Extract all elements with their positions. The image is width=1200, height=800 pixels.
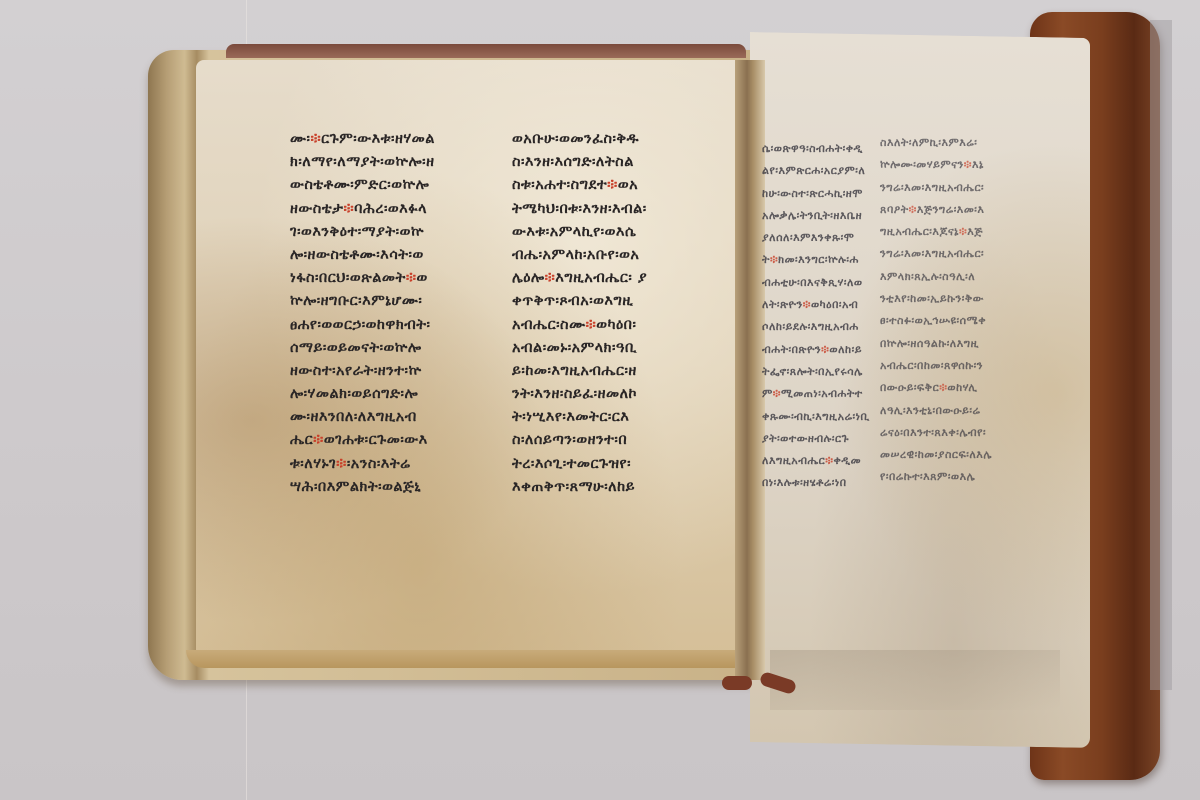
page-fold-shadow	[770, 650, 1060, 710]
text-line: ክ፡ለማየ፡ለማያት፡ወኵሎ፡ዘ	[290, 151, 435, 174]
text-line: ለት፡ጽዮን፨ወካዕበ፡አብ	[762, 294, 870, 316]
rubric-mark: ፨	[821, 343, 829, 356]
left-page	[196, 60, 756, 660]
left-page-bottom-edge	[186, 650, 746, 668]
text-line: ም፨ሚመጠነ፡አብሐትተ	[762, 383, 870, 405]
rubric-mark: ፨	[343, 201, 354, 217]
text-line: ንቲእየ፡ከመ፡ኢይኩን፡ቅው	[880, 288, 992, 310]
text-line: ያት፡ወተውዘብሉ፡ርጉ	[762, 428, 870, 450]
text-line: የ፡በሬኩተ፡እጸም፡ወእሌ	[880, 466, 992, 488]
text-line: ስእለት፡ለምኪ፡እምእሬ፡	[880, 132, 992, 154]
rubric-mark: ፨	[770, 253, 778, 266]
text-line: ዘውስተ፡አየራት፡ዘንተ፡ኵ	[290, 360, 435, 383]
left-page-column-1: ሙ፡፨ርጉም፡ውእቱ፡ዘሃመል ክ፡ለማየ፡ለማያት፡ወኵሎ፡ዘ ውስቴቶሙ፡ም…	[290, 128, 435, 499]
text-line: ሌዕሎ፨እግዚአብሔር፡ ያ	[512, 267, 647, 290]
display-mount	[1150, 20, 1172, 690]
text-line: ፀሐየ፡ወወርኃ፡ወከዋክብት፡	[290, 314, 435, 337]
text-line: ሴ፡ወጽዋዓ፡ስብሐት፡ቀዲ	[762, 138, 870, 160]
text-line: ቀጹሙ፡ብኪ፡እግዚአሬ፡ነቢ	[762, 406, 870, 428]
book-gutter	[735, 60, 765, 680]
text-line: ሶለከ፡ይደሉ፡እግዚአብሐ	[762, 316, 870, 338]
text-line: እቀጠቅጥ፡ጸማሁ፡ለከይ	[512, 476, 647, 499]
rubric-mark: ፨	[336, 456, 347, 472]
right-page-column-2: ስእለት፡ለምኪ፡እምእሬ፡ ኵሎሙ፡መሃይምናን፨እኔ ንግሬ፡እመ፡እግዚአ…	[880, 132, 992, 489]
rubric-mark: ፨	[959, 225, 967, 238]
text-line: ለእግዚአብሔር፨ቀዲመ	[762, 450, 870, 472]
text-line: ስቱ፡አሐተ፡ስግደተ፨ወአ	[512, 174, 647, 197]
text-line: ቱ፡ለሃኑገ፨፡አንስ፡እትሬ	[290, 453, 435, 476]
text-line: ያለሰለ፡እምእንቀጹ፡ሞ	[762, 227, 870, 249]
rubric-mark: ፨	[803, 298, 811, 311]
text-line: ብሔ፡አምላከ፡አቡየ፡ወአ	[512, 244, 647, 267]
text-line: ሙ፡ዘእንበለ፡ለእግዚአብ	[290, 406, 435, 429]
text-line: ንት፡እንዘ፡ስይፈ፡ዘመለኮ	[512, 383, 647, 406]
rubric-mark: ፨	[909, 203, 917, 216]
text-line: ት፨ክመ፡እንግር፡ኵሉ፡ሐ	[762, 249, 870, 271]
text-line: ሣሕ፡በእምልክት፡ወልጅኒ	[290, 476, 435, 499]
text-line: ኵሎሙ፡መሃይምናን፨እኔ	[880, 154, 992, 176]
text-line: አብል፡መኑ፡አምላክ፡ዓቢ	[512, 337, 647, 360]
rubric-mark: ፨	[964, 158, 972, 171]
text-line: ገ፡ወእንቅዕተ፡ማያት፡ወኵ	[290, 221, 435, 244]
text-line: ትሜካህ፡በቱ፡እንዘ፡እብል፡	[512, 198, 647, 221]
text-line: ነፋስ፡በርህ፡ወጽልመት፨ወ	[290, 267, 435, 290]
text-line: አሎቃሌ፡ትንቢት፡ዘእቤዘ	[762, 205, 870, 227]
rubric-mark: ፨	[939, 381, 947, 394]
text-line: ጸባዖት፨እጅንግሬ፡እመ፡እ	[880, 199, 992, 221]
text-line: ሰማይ፡ወይመናት፡ወኵሎ	[290, 337, 435, 360]
text-line: ንግሬ፡እመ፡እግዚአብሔር፡	[880, 243, 992, 265]
text-line: ሔር፨ወገሐቱ፡ርጉመ፡ውእ	[290, 429, 435, 452]
text-line: ኵሎ፡ዘግቡር፡እምኔሆሙ፡	[290, 290, 435, 313]
text-line: በኵሎ፡ዘሰዓልኩ፡ለእግዚ	[880, 333, 992, 355]
text-line: ከሁ፡ውስተ፡ጽርሓኪ፡ዘሞ	[762, 183, 870, 205]
text-line: ስ፡ለሰይጣን፡ወዘንተ፡በ	[512, 429, 647, 452]
text-line: ለዓሊ፡እንቲኒ፡በውዑይ፡ሬ	[880, 400, 992, 422]
text-line: ሎ፡ዘውስቴቶሙ፡እሳት፡ወ	[290, 244, 435, 267]
text-line: ትፌኖ፡ጸሎት፡በኢየሩሳሌ	[762, 361, 870, 383]
text-line: ግዚአብሔር፡እጆናኔ፨እጅ	[880, 221, 992, 243]
text-line: ሎ፡ሃመልክ፡ወይሰግድ፡ሎ	[290, 383, 435, 406]
text-line: እምላክ፡ጸኢሉ፡ስዓሊ፡ለ	[880, 266, 992, 288]
binding-tie	[722, 676, 752, 690]
text-line: አብሔር፡በከመ፡ጸዋሰኩ፡ን	[880, 355, 992, 377]
text-line: ዘውስቴታ፨ባሕረ፡ወእፉላ	[290, 198, 435, 221]
rubric-mark: ፨	[313, 432, 324, 448]
left-page-column-2: ወአቡሁ፡ወመንፈስ፡ቅዱ ስ፡እንዘ፡እሰግድ፡ለትስል ስቱ፡አሐተ፡ስግደ…	[512, 128, 647, 499]
text-line: ንግሬ፡እመ፡እግዚአብሔር፡	[880, 177, 992, 199]
text-line: በውዑይ፡ፍቅር፨ወከሃሊ	[880, 377, 992, 399]
left-cover-edge	[226, 44, 746, 58]
text-line: ውስቴቶሙ፡ምድር፡ወኵሎ	[290, 174, 435, 197]
text-line: በነ፡እሉቱ፡ዘሄቶሬ፡ነበ	[762, 472, 870, 494]
rubric-mark: ፨	[310, 131, 321, 147]
text-line: ሬናዕ፡በእንተ፡ጸእቀ፡ሌብየ፡	[880, 422, 992, 444]
right-page-column-1: ሴ፡ወጽዋዓ፡ስብሐት፡ቀዲ ልየ፡እምጽርሐ፡አርያም፡ለ ከሁ፡ውስተ፡ጽር…	[762, 138, 870, 495]
text-line: ይ፡ከመ፡እግዚአብሔር፡ዘ	[512, 360, 647, 383]
text-line: መሠረዊ፡ከመ፡ያስርፍ፡ለእሌ	[880, 444, 992, 466]
rubric-mark: ፨	[406, 270, 417, 286]
text-line: ስ፡እንዘ፡እሰግድ፡ለትስል	[512, 151, 647, 174]
text-line: ት፡ነሢእየ፡እመትር፡ርእ	[512, 406, 647, 429]
text-line: ቀጥቅጥ፡ጾብአ፡ወእግዚ	[512, 290, 647, 313]
rubric-mark: ፨	[586, 317, 597, 333]
text-line: ትረ፡እሶጊ፡ተመርጉዝየ፡	[512, 453, 647, 476]
text-line: ፀ፡ተስፉ፡ወኢኅሡዩ፡ሰሜቀ	[880, 310, 992, 332]
text-line: ብሐቲሁ፡በእናቅጺሃ፡ለወ	[762, 272, 870, 294]
rubric-mark: ፨	[607, 177, 618, 193]
rubric-mark: ፨	[825, 454, 833, 467]
rubric-mark: ፨	[545, 270, 556, 286]
text-line: ብሐት፡በጽዮን፨ወለከ፡ይ	[762, 339, 870, 361]
text-line: ወአቡሁ፡ወመንፈስ፡ቅዱ	[512, 128, 647, 151]
text-line: ሙ፡፨ርጉም፡ውእቱ፡ዘሃመል	[290, 128, 435, 151]
text-line: ውእቱ፡አምላኪየ፡ወእሴ	[512, 221, 647, 244]
text-line: ልየ፡እምጽርሐ፡አርያም፡ለ	[762, 160, 870, 182]
text-line: አብሔር፡ስሙ፨ወካዕበ፡	[512, 314, 647, 337]
rubric-mark: ፨	[773, 387, 781, 400]
